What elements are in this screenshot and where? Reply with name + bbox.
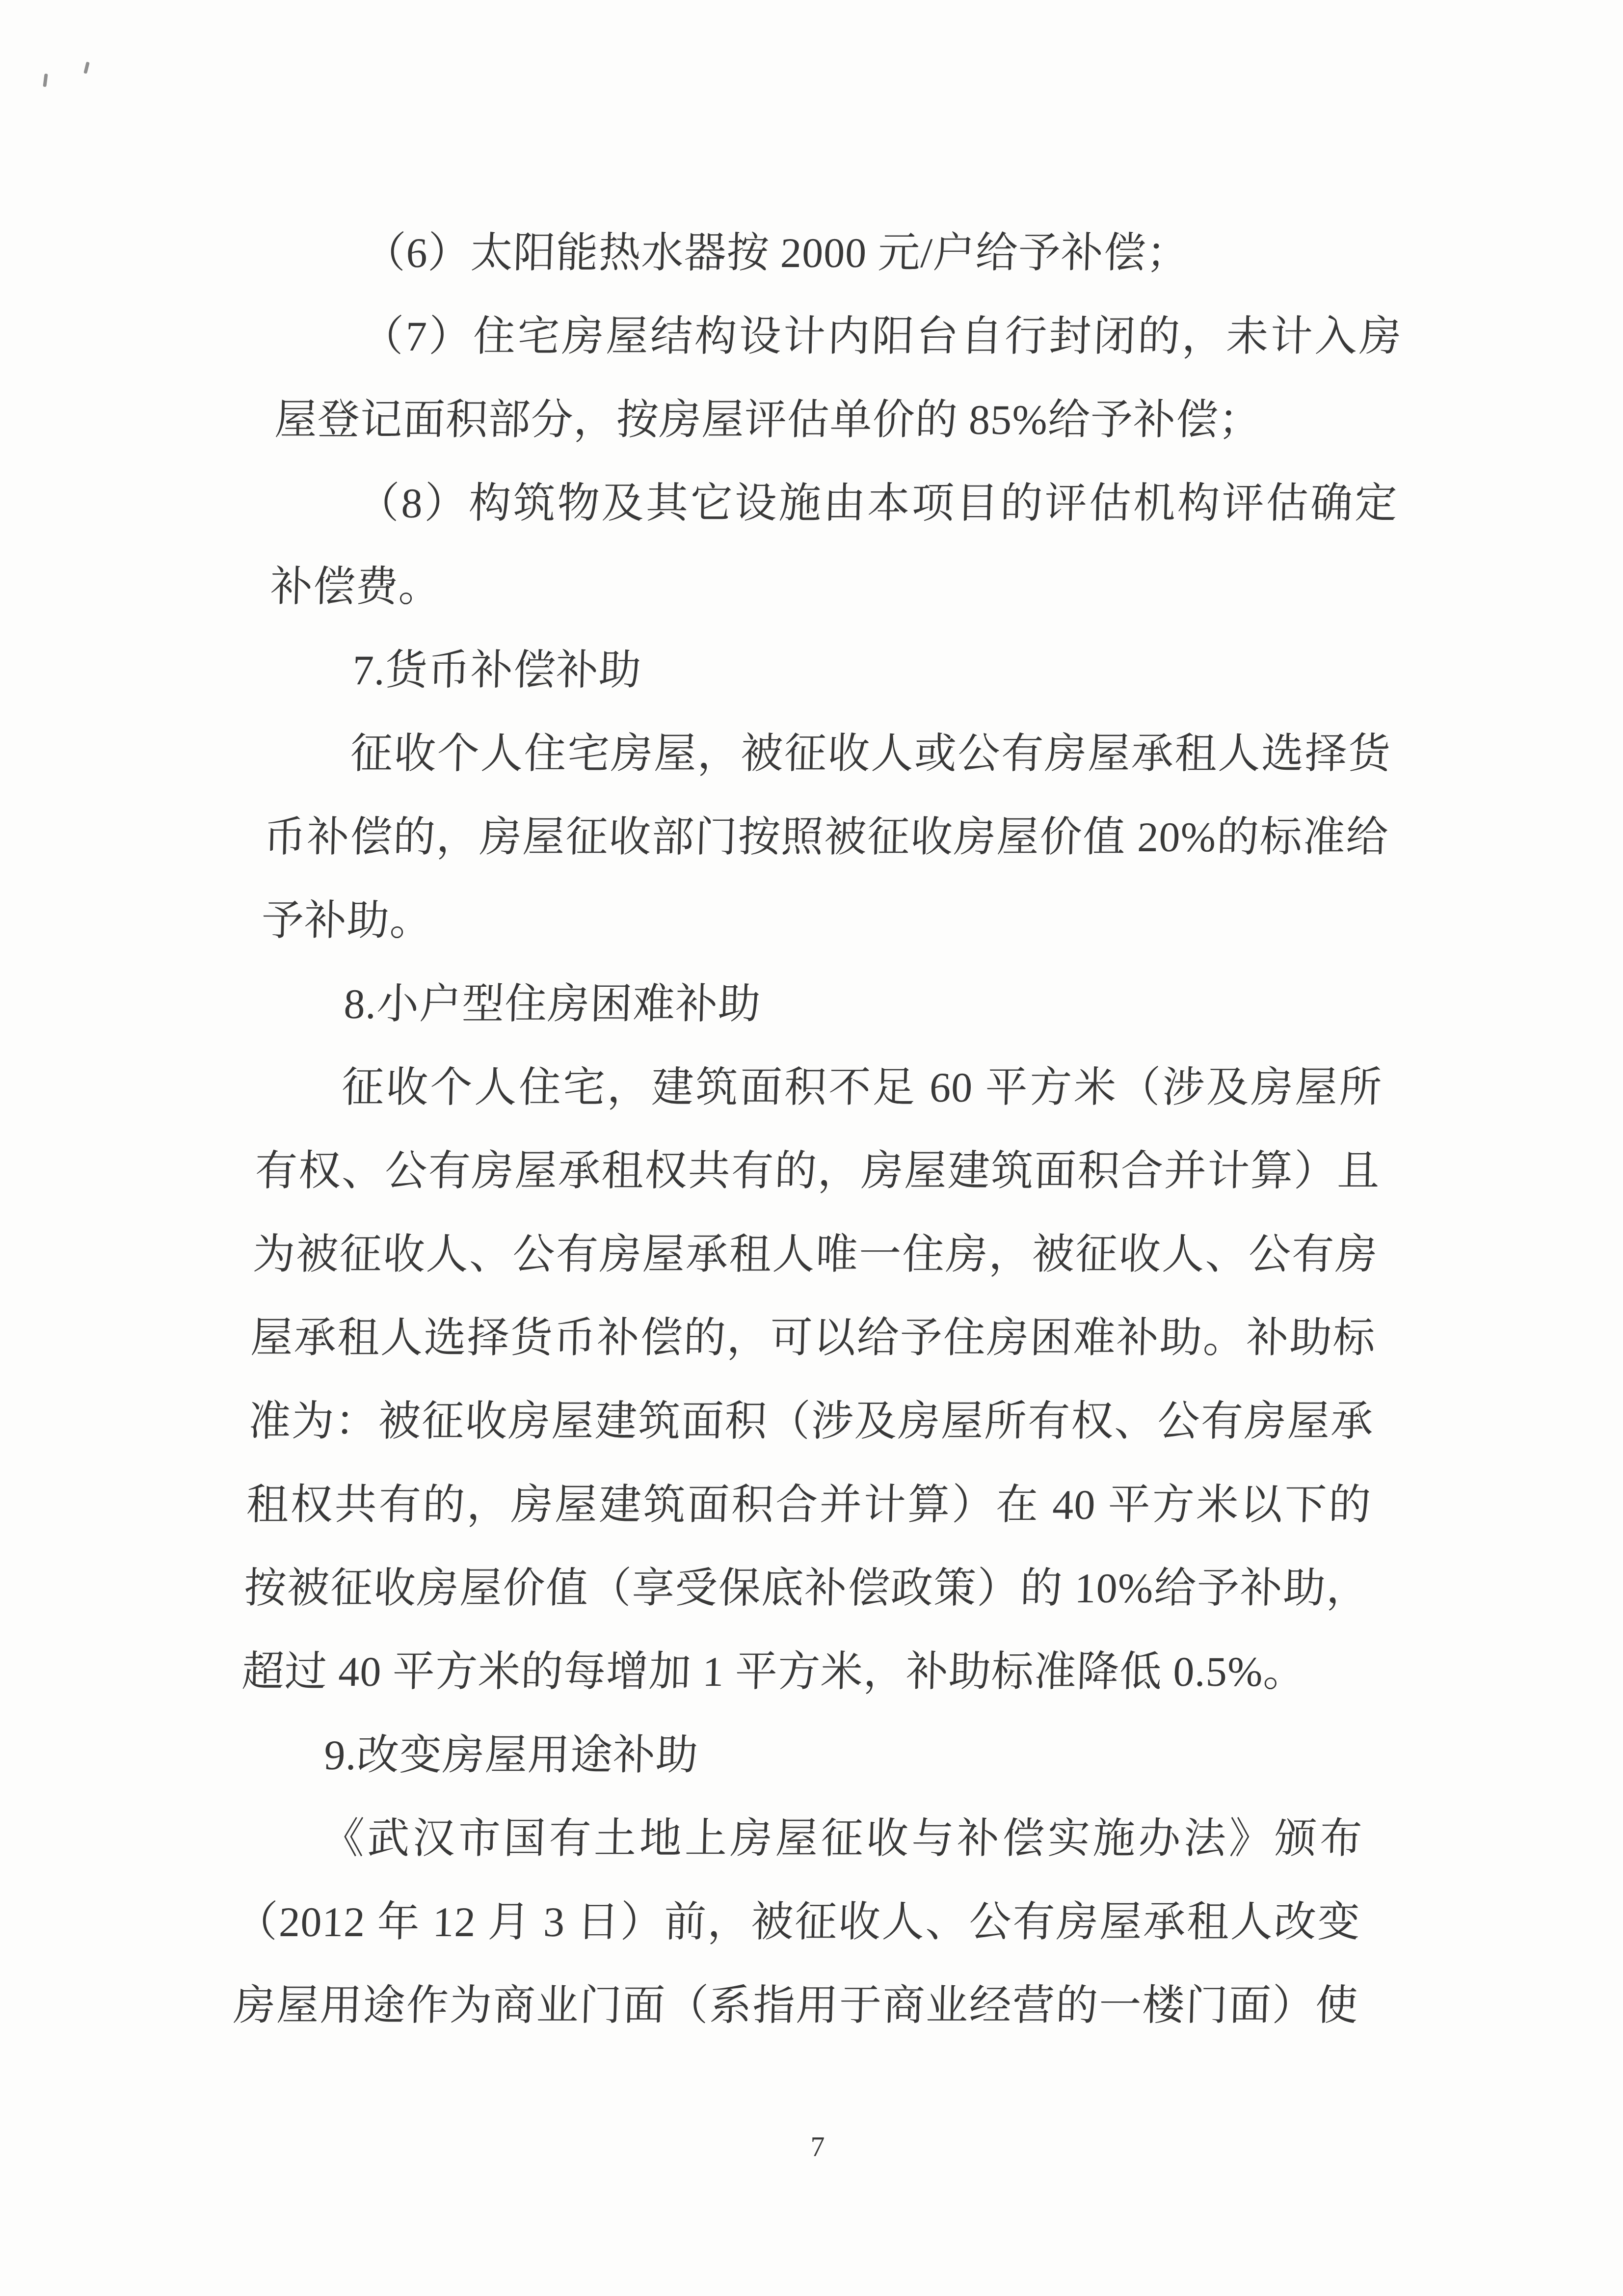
text-line: 为被征收人、公有房屋承租人唯一住房，被征收人、公有房 [252, 1213, 1379, 1296]
text-line: 房屋用途作为商业门面（系指用于商业经营的一楼门面）使 [232, 1964, 1359, 2047]
text-line: 按被征收房屋价值（享受保底补偿政策）的 10%给予补助， [243, 1546, 1370, 1630]
document-page: （6）太阳能热水器按 2000 元/户给予补偿；（7）住宅房屋结构设计内阳台自行… [0, 0, 1623, 2296]
text-line: 租权共有的，房屋建筑面积合并计算）在 40 平方米以下的 [245, 1463, 1372, 1546]
text-line: 准为：被征收房屋建筑面积（涉及房屋所有权、公有房屋承 [247, 1379, 1374, 1463]
text-line: 屋承租人选择货币补偿的，可以给予住房困难补助。补助标 [250, 1296, 1377, 1379]
text-line: 屋登记面积部分，按房屋评估单价的 85%给予补偿； [274, 378, 1401, 461]
text-line: 7.货币补偿补助 [267, 628, 1394, 712]
text-line: 予补助。 [261, 879, 1387, 962]
text-line: （2012 年 12 月 3 日）前，被征收人、公有房屋承租人改变 [234, 1880, 1361, 1964]
text-line: 超过 40 平方米的每增加 1 平方米，补助标准降低 0.5%。 [241, 1630, 1368, 1713]
text-line: 8.小户型住房困难补助 [258, 962, 1385, 1046]
document-body: （6）太阳能热水器按 2000 元/户给予补偿；（7）住宅房屋结构设计内阳台自行… [232, 211, 1405, 2047]
text-line: 有权、公有房屋承租权共有的，房屋建筑面积合并计算）且 [254, 1129, 1381, 1213]
page-number: 7 [786, 2130, 850, 2164]
text-line: 9.改变房屋用途补助 [239, 1713, 1365, 1797]
text-line: 征收个人住宅房屋，被征收人或公有房屋承租人选择货 [265, 712, 1392, 795]
text-line: 补偿费。 [269, 545, 1396, 628]
text-line: （6）太阳能热水器按 2000 元/户给予补偿； [278, 211, 1405, 295]
scan-speck [83, 62, 90, 74]
text-line: 币补偿的，房屋征收部门按照被征收房屋价值 20%的标准给 [263, 795, 1389, 879]
text-line: 征收个人住宅，建筑面积不足 60 平方米（涉及房屋所 [256, 1046, 1383, 1129]
text-line: 《武汉市国有土地上房屋征收与补偿实施办法》颁布 [237, 1797, 1363, 1880]
text-line: （8）构筑物及其它设施由本项目的评估机构评估确定 [271, 461, 1398, 545]
scan-speck [43, 74, 48, 87]
text-line: （7）住宅房屋结构设计内阳台自行封闭的，未计入房 [276, 295, 1403, 378]
